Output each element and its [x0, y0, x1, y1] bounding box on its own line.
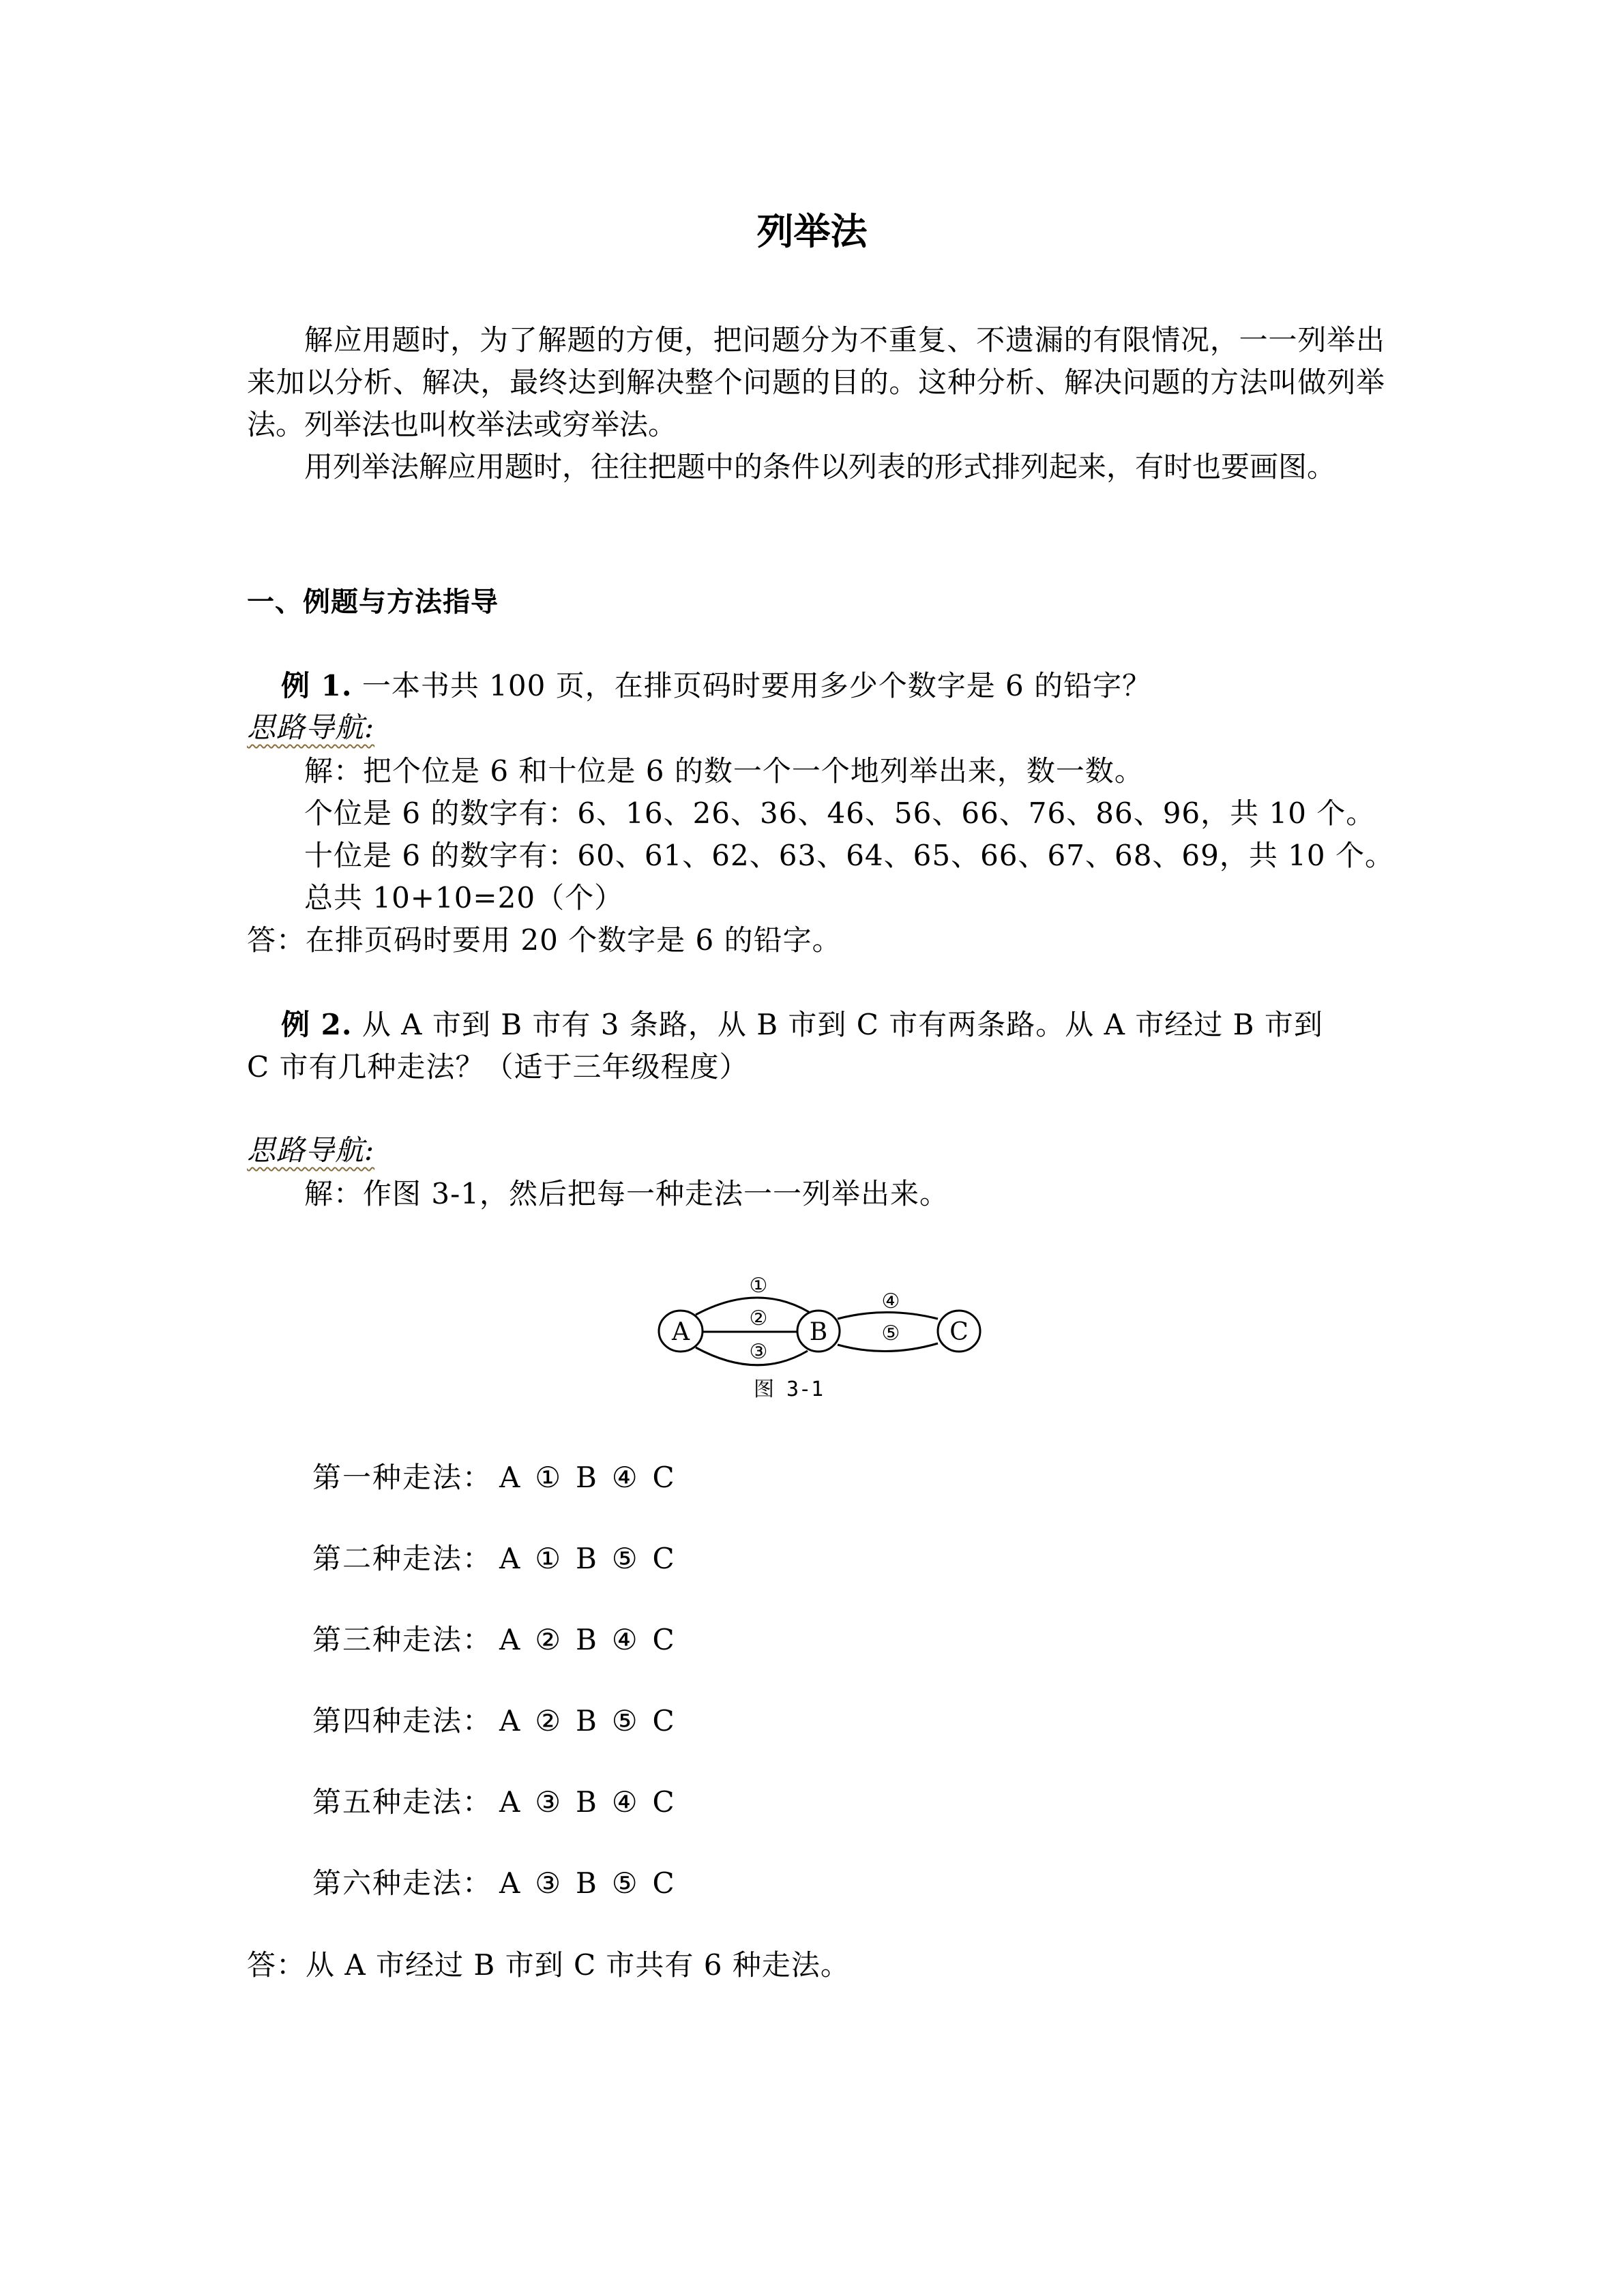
- route-start: A: [499, 1862, 521, 1905]
- route-path-1: ②: [535, 1700, 562, 1742]
- route-label: 第四种走法：: [312, 1704, 492, 1738]
- node-b-label: B: [810, 1318, 827, 1346]
- route-label: 第五种走法：: [312, 1785, 492, 1819]
- route-start: A: [499, 1619, 521, 1661]
- intro-section: 解应用题时，为了解题的方便，把问题分为不重复、不遗漏的有限情况，一一列举出来加以…: [247, 319, 1385, 488]
- route-item: 第五种走法：A③B④C: [312, 1781, 683, 1823]
- example-1-label: 例 1.: [281, 669, 352, 702]
- path-label-3: ③: [750, 1340, 768, 1364]
- route-end: C: [653, 1619, 676, 1661]
- route-path-1: ③: [535, 1862, 562, 1905]
- route-mid: B: [576, 1457, 598, 1499]
- route-path-1: ③: [535, 1781, 562, 1823]
- path-label-5: ⑤: [882, 1322, 900, 1345]
- route-start: A: [499, 1538, 521, 1580]
- example-1-question: 例 1. 一本书共 100 页，在排页码时要用多少个数字是 6 的铅字？: [281, 665, 1151, 707]
- path-label-2: ②: [750, 1307, 768, 1330]
- route-end: C: [653, 1457, 676, 1499]
- route-end: C: [653, 1700, 676, 1742]
- route-path-1: ①: [535, 1457, 562, 1499]
- route-path-2: ⑤: [612, 1538, 639, 1580]
- route-start: A: [499, 1457, 521, 1499]
- section-heading: 一、例题与方法指导: [247, 581, 499, 623]
- example-1-hint-label: 思路导航:: [247, 706, 374, 749]
- page-title: 列举法: [0, 208, 1624, 256]
- intro-paragraph-1: 解应用题时，为了解题的方便，把问题分为不重复、不遗漏的有限情况，一一列举出来加以…: [247, 319, 1385, 446]
- route-item: 第一种走法：A①B④C: [312, 1457, 683, 1499]
- route-start: A: [499, 1781, 521, 1823]
- route-label: 第六种走法：: [312, 1866, 492, 1900]
- example-2-hint-label: 思路导航:: [247, 1129, 374, 1172]
- route-label: 第三种走法：: [312, 1623, 492, 1656]
- route-end: C: [653, 1862, 676, 1905]
- route-label: 第二种走法：: [312, 1542, 492, 1575]
- path-label-1: ①: [750, 1274, 768, 1298]
- route-item: 第二种走法：A①B⑤C: [312, 1538, 683, 1580]
- route-item: 第三种走法：A②B④C: [312, 1619, 683, 1661]
- node-a-label: A: [671, 1318, 690, 1346]
- example-1-solution-line-1: 解：把个位是 6 和十位是 6 的数一个一个地列举出来，数一数。: [304, 750, 1144, 792]
- example-2-answer: 答：从 A 市经过 B 市到 C 市共有 6 种走法。: [247, 1944, 850, 1986]
- route-start: A: [499, 1700, 521, 1742]
- route-path-2: ④: [612, 1619, 639, 1661]
- example-1-solution-line-4: 总共 10+10=20（个）: [304, 877, 623, 919]
- example-1-question-text: 一本书共 100 页，在排页码时要用多少个数字是 6 的铅字？: [362, 669, 1151, 702]
- route-label: 第一种走法：: [312, 1461, 492, 1494]
- figure-caption: 图 3-1: [754, 1376, 823, 1403]
- example-2-solution-intro: 解：作图 3-1，然后把每一种走法一一列举出来。: [304, 1173, 949, 1215]
- route-path-1: ②: [535, 1619, 562, 1661]
- example-1-answer: 答：在排页码时要用 20 个数字是 6 的铅字。: [247, 919, 842, 961]
- route-path-2: ④: [612, 1781, 639, 1823]
- route-mid: B: [576, 1619, 598, 1661]
- example-1-solution-line-2: 个位是 6 的数字有：6、16、26、36、46、56、66、76、86、96，…: [304, 792, 1375, 835]
- route-mid: B: [576, 1781, 598, 1823]
- route-mid: B: [576, 1700, 598, 1742]
- intro-paragraph-2: 用列举法解应用题时，往往把题中的条件以列表的形式排列起来，有时也要画图。: [247, 446, 1385, 488]
- route-mid: B: [576, 1862, 598, 1905]
- route-path-2: ⑤: [612, 1700, 639, 1742]
- route-item: 第四种走法：A②B⑤C: [312, 1700, 683, 1742]
- example-2-question-line-2: C 市有几种走法？（适于三年级程度）: [247, 1046, 749, 1088]
- example-1-solution-line-3: 十位是 6 的数字有：60、61、62、63、64、65、66、67、68、69…: [304, 835, 1394, 877]
- route-mid: B: [576, 1538, 598, 1580]
- path-label-4: ④: [882, 1289, 900, 1313]
- route-end: C: [653, 1781, 676, 1823]
- example-2-question-line-1: 从 A 市到 B 市有 3 条路，从 B 市到 C 市有两条路。从 A 市经过 …: [362, 1008, 1323, 1041]
- document-page: 列举法 解应用题时，为了解题的方便，把问题分为不重复、不遗漏的有限情况，一一列举…: [0, 0, 1624, 2296]
- route-path-1: ①: [535, 1538, 562, 1580]
- route-path-2: ⑤: [612, 1862, 639, 1905]
- route-item: 第六种走法：A③B⑤C: [312, 1862, 683, 1905]
- example-2-label: 例 2.: [281, 1008, 352, 1041]
- route-path-2: ④: [612, 1457, 639, 1499]
- example-2-question: 例 2. 从 A 市到 B 市有 3 条路，从 B 市到 C 市有两条路。从 A…: [281, 1004, 1323, 1046]
- route-end: C: [653, 1538, 676, 1580]
- node-c-label: C: [949, 1318, 969, 1346]
